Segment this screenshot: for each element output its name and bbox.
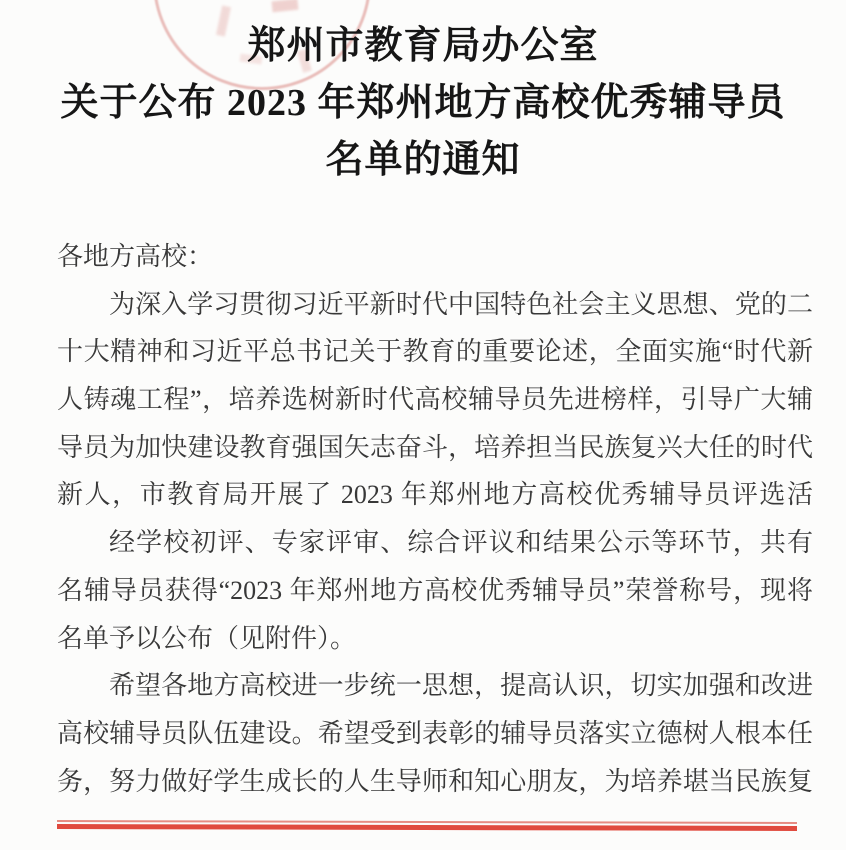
red-divider-rule-thick xyxy=(57,824,797,831)
body-text-line: 高校辅导员队伍建设。希望受到表彰的辅导员落实立德树人根本任 xyxy=(57,710,813,758)
body-text-line: 为深入学习贯彻习近平新时代中国特色社会主义思想、党的二 xyxy=(57,281,813,329)
body-text-line: 经学校初评、专家评审、综合评议和结果公示等环节，共有 60 xyxy=(57,519,813,567)
document-body: 各地方高校： 为深入学习贯彻习近平新时代中国特色社会主义思想、党的二 十大精神和… xyxy=(57,233,813,805)
body-text-line: 名单予以公布（见附件）。 xyxy=(57,615,813,663)
red-divider-rule xyxy=(57,820,797,831)
document-title: 郑州市教育局办公室 关于公布 2023 年郑州地方高校优秀辅导员 名单的通知 xyxy=(0,18,846,189)
title-subject-line: 关于公布 2023 年郑州地方高校优秀辅导员 xyxy=(0,75,846,132)
title-issuer-line: 郑州市教育局办公室 xyxy=(0,18,846,75)
seal-character-mark xyxy=(271,0,298,12)
body-text-line: 十大精神和习近平总书记关于教育的重要论述，全面实施“时代新 xyxy=(57,328,813,376)
body-text-line: 人铸魂工程”，培养选树新时代高校辅导员先进榜样，引导广大辅 xyxy=(57,376,813,424)
body-text-line: 新人，市教育局开展了 2023 年郑州地方高校优秀辅导员评选活动。 xyxy=(57,471,813,519)
title-subject-line-2: 名单的通知 xyxy=(0,132,846,189)
body-text-line: 名辅导员获得“2023 年郑州地方高校优秀辅导员”荣誉称号，现将 xyxy=(57,567,813,615)
salutation-line: 各地方高校： xyxy=(57,233,813,281)
body-text-line: 导员为加快建设教育强国矢志奋斗，培养担当民族复兴大任的时代 xyxy=(57,424,813,472)
body-text-line: 务，努力做好学生成长的人生导师和知心朋友，为培养堪当民族复 xyxy=(57,758,813,806)
scanned-document-page: 郑州市教育局办公室 关于公布 2023 年郑州地方高校优秀辅导员 名单的通知 各… xyxy=(0,0,846,850)
body-text-line: 希望各地方高校进一步统一思想，提高认识，切实加强和改进 xyxy=(57,662,813,710)
